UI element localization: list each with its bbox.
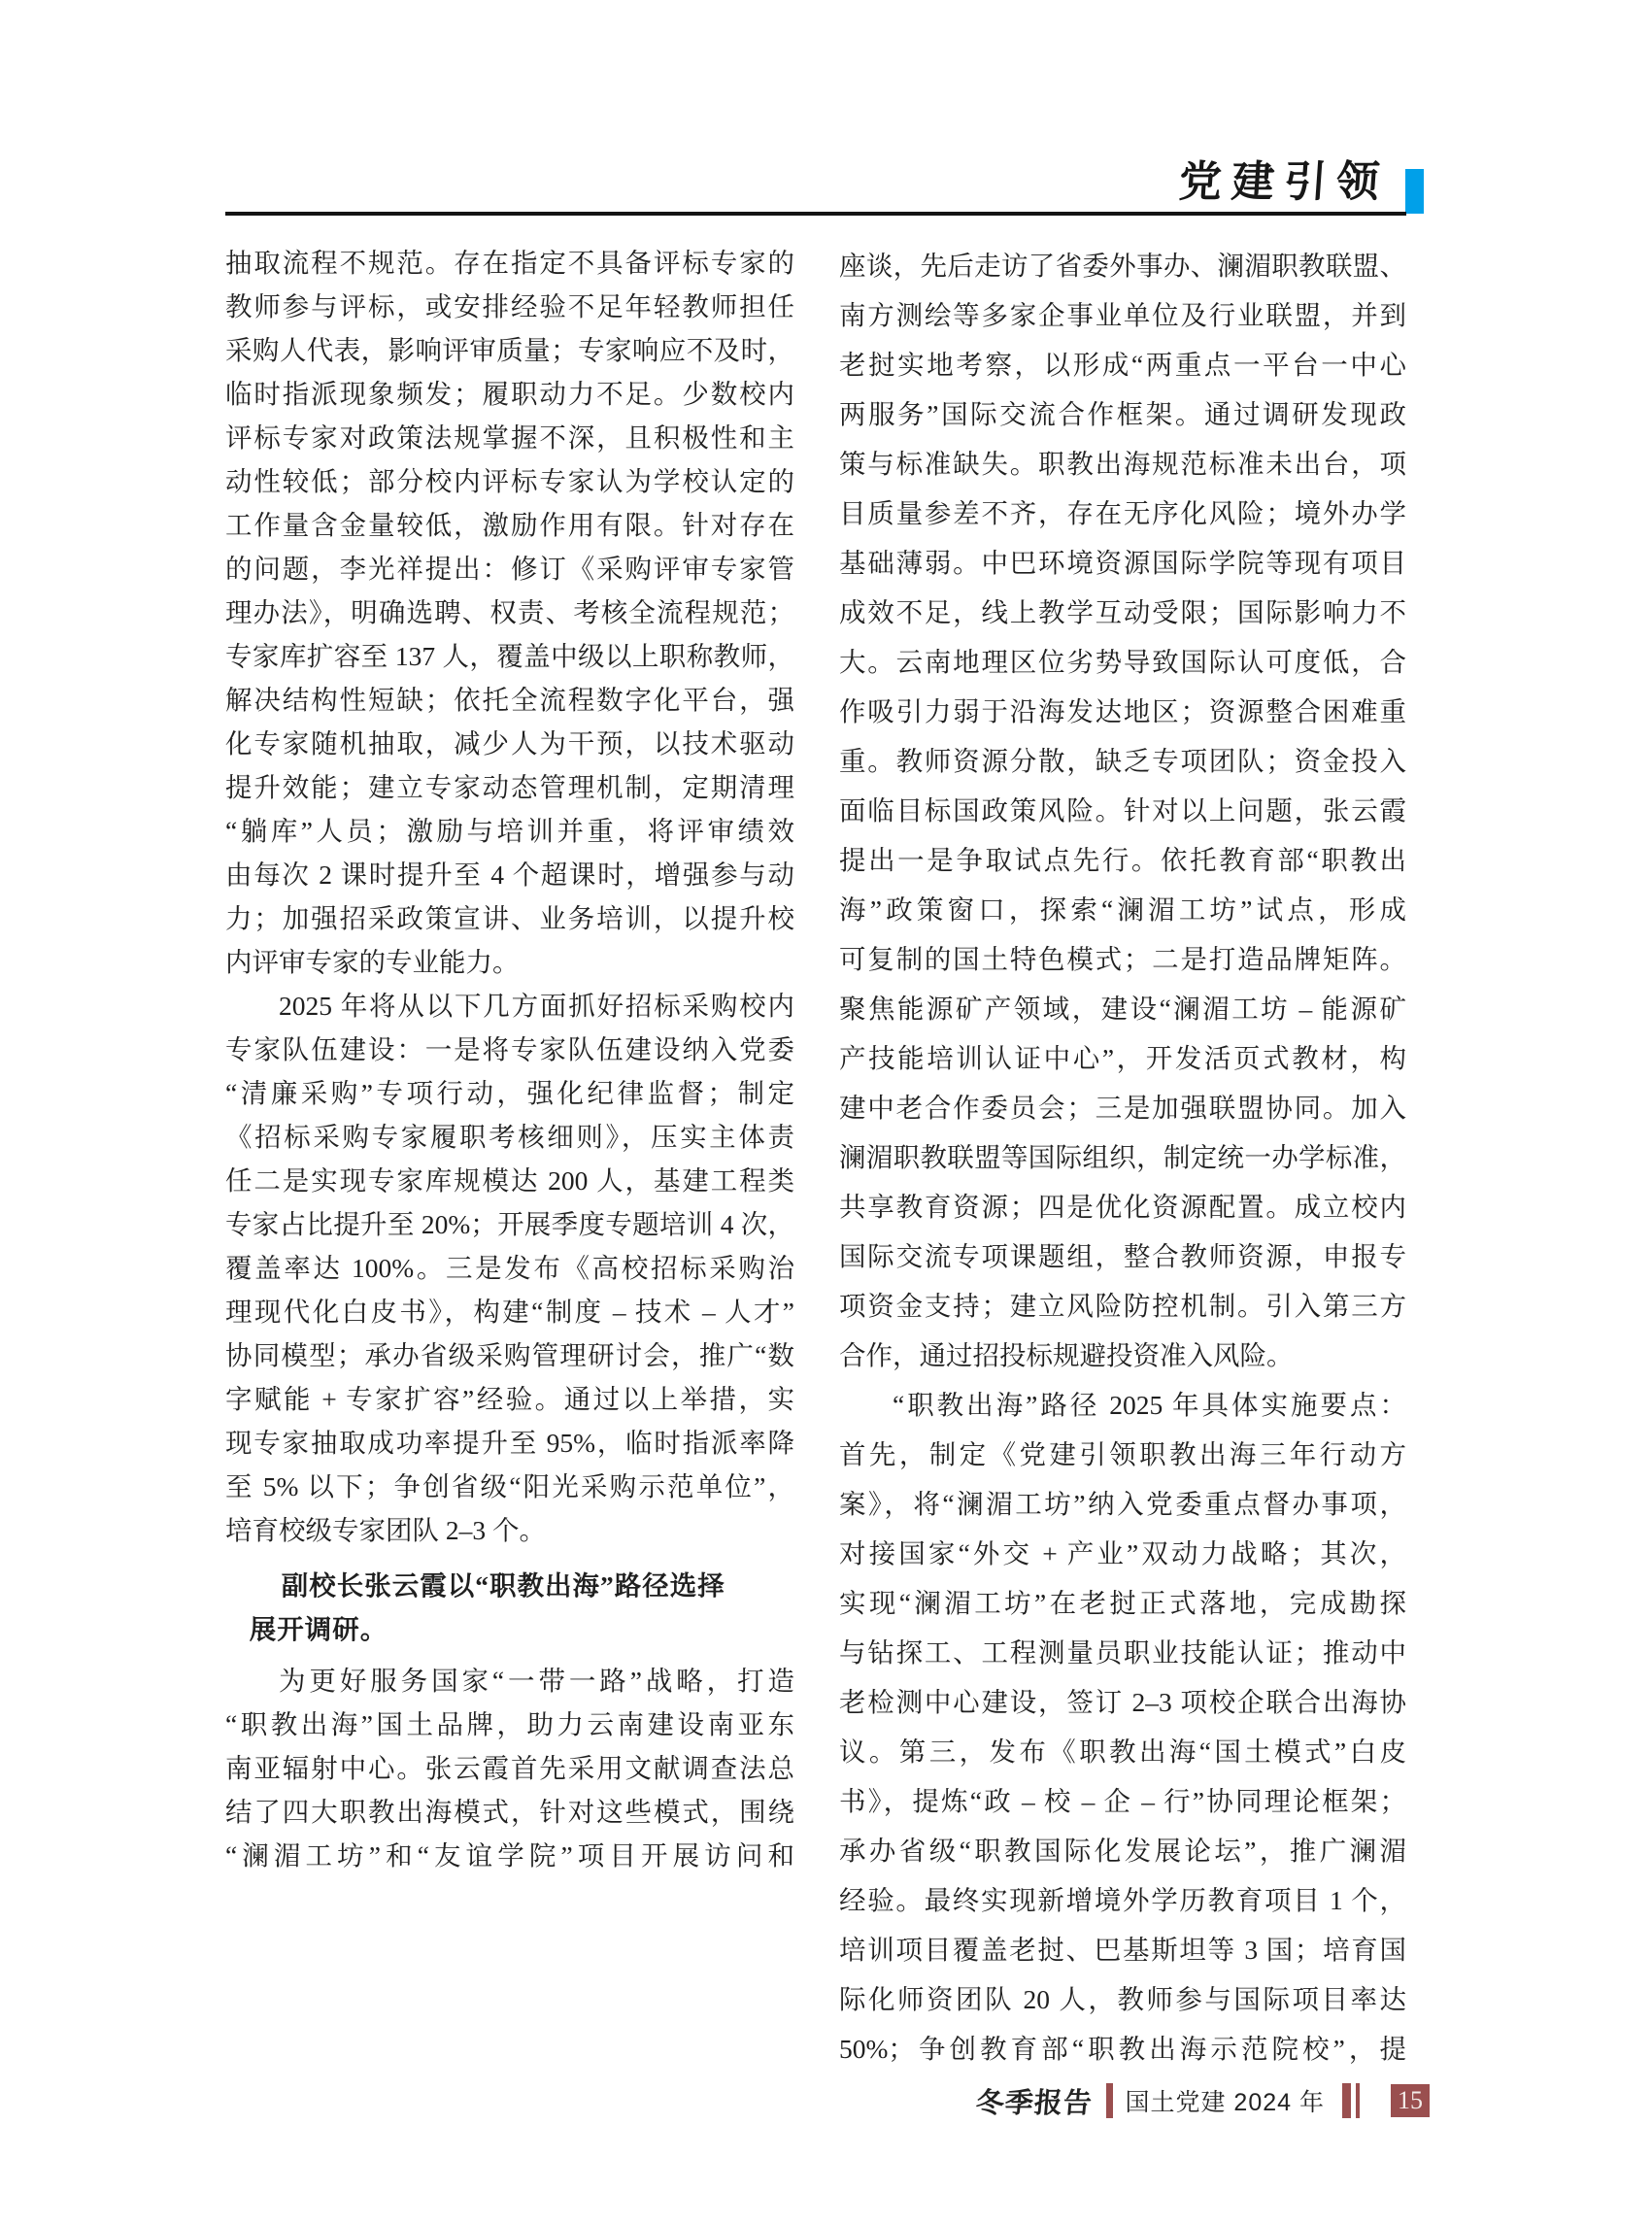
text-line: 采购人代表，影响评审质量；专家响应不及时，	[225, 328, 794, 372]
footer-double-bar-thin	[1356, 2083, 1360, 2118]
footer-double-bar-thick	[1342, 2083, 1351, 2118]
text-line: 理现代化白皮书》，构建“制度 – 技术 – 人才”	[225, 1290, 794, 1333]
header-accent-square	[1405, 169, 1424, 214]
text-line: 可复制的国土特色模式；二是打造品牌矩阵。	[839, 934, 1406, 984]
text-line: 字赋能 + 专家扩容”经验。通过以上举措，实	[225, 1377, 794, 1421]
paragraph: 为更好服务国家“一带一路”战略，打造“职教出海”国土品牌，助力云南建设南亚东南亚…	[225, 1659, 794, 1877]
document-page: 党建引领 抽取流程不规范。存在指定不具备评标专家的教师参与评标，或安排经验不足年…	[0, 0, 1652, 2225]
text-line: 教师参与评标，或安排经验不足年轻教师担任	[225, 285, 794, 328]
text-line: 专家队伍建设：一是将专家队伍建设纳入党委	[225, 1028, 794, 1071]
text-line: 成效不足，线上教学互动受限；国际影响力不	[839, 588, 1406, 637]
text-line: 现专家抽取成功率提升至 95%，临时指派率降	[225, 1421, 794, 1465]
text-line: 解决结构性短缺；依托全流程数字化平台，强	[225, 678, 794, 722]
text-line: 聚焦能源矿产领域，建设“澜湄工坊 – 能源矿	[839, 984, 1406, 1033]
text-line: “职教出海”国土品牌，助力云南建设南亚东	[225, 1702, 794, 1746]
left-column: 抽取流程不规范。存在指定不具备评标专家的教师参与评标，或安排经验不足年轻教师担任…	[225, 241, 794, 1877]
right-column: 座谈，先后走访了省委外事办、澜湄职教联盟、南方测绘等多家企事业单位及行业联盟，并…	[839, 241, 1406, 2073]
text-line: 两服务”国际交流合作框架。通过调研发现政	[839, 389, 1406, 439]
text-line: 共享教育资源；四是优化资源配置。成立校内	[839, 1182, 1406, 1231]
text-line: 培训项目覆盖老挝、巴基斯坦等 3 国；培育国	[839, 1925, 1406, 1974]
footer: 冬季报告 国土党建 2024 年 15	[976, 2082, 1430, 2119]
text-line: 项资金支持；建立风险防控机制。引入第三方	[839, 1281, 1406, 1331]
text-line: 副校长张云霞以“职教出海”路径选择	[225, 1564, 794, 1607]
text-line: 议。第三，发布《职教出海“国土模式”白皮	[839, 1727, 1406, 1776]
text-line: 南亚辐射中心。张云霞首先采用文献调查法总	[225, 1746, 794, 1790]
text-line: 评标专家对政策法规掌握不深，且积极性和主	[225, 416, 794, 459]
text-line: 2025 年将从以下几方面抓好招标采购校内	[225, 984, 794, 1028]
footer-report-label: 冬季报告	[975, 2081, 1096, 2121]
text-line: 50%；争创教育部“职教出海示范院校”，提	[839, 2024, 1406, 2073]
text-line: 工作量含金量较低，激励作用有限。针对存在	[225, 503, 794, 547]
text-line: 经验。最终实现新增境外学历教育项目 1 个，	[839, 1875, 1406, 1925]
text-line: 案》，将“澜湄工坊”纳入党委重点督办事项，	[839, 1479, 1406, 1529]
text-line: 由每次 2 课时提升至 4 个超课时，增强参与动	[225, 853, 794, 896]
text-line: 与钻探工、工程测量员职业技能认证；推动中	[839, 1628, 1406, 1677]
text-line: 合作，通过招投标规避投资准入风险。	[839, 1331, 1406, 1380]
text-line: 结了四大职教出海模式，针对这些模式，围绕	[225, 1790, 794, 1834]
text-line: 专家占比提升至 20%；开展季度专题培训 4 次，	[225, 1202, 794, 1246]
text-line: 实现“澜湄工坊”在老挝正式落地，完成勘探	[839, 1578, 1406, 1628]
footer-page-number: 15	[1398, 2088, 1423, 2113]
text-line: 为更好服务国家“一带一路”战略，打造	[225, 1659, 794, 1702]
text-line: 目质量参差不齐，存在无序化风险；境外办学	[839, 489, 1406, 538]
text-line: 澜湄职教联盟等国际组织，制定统一办学标准，	[839, 1132, 1406, 1182]
footer-page-number-box: 15	[1391, 2084, 1430, 2117]
text-line: 动性较低；部分校内评标专家认为学校认定的	[225, 459, 794, 503]
paragraph: 2025 年将从以下几方面抓好招标采购校内专家队伍建设：一是将专家队伍建设纳入党…	[225, 984, 794, 1552]
text-line: “澜湄工坊”和“友谊学院”项目开展访问和	[225, 1834, 794, 1877]
text-line: 基础薄弱。中巴环境资源国际学院等现有项目	[839, 538, 1406, 588]
text-line: 覆盖率达 100%。三是发布《高校招标采购治	[225, 1246, 794, 1290]
paragraph: 座谈，先后走访了省委外事办、澜湄职教联盟、南方测绘等多家企事业单位及行业联盟，并…	[839, 241, 1406, 1380]
header-rule	[225, 212, 1406, 216]
text-line: 专家库扩容至 137 人，覆盖中级以上职称教师，	[225, 634, 794, 678]
text-line: 《招标采购专家履职考核细则》，压实主体责	[225, 1115, 794, 1159]
text-line: 提出一是争取试点先行。依托教育部“职教出	[839, 835, 1406, 885]
text-line: 培育校级专家团队 2–3 个。	[225, 1508, 794, 1552]
text-line: 展开调研。	[225, 1607, 794, 1651]
text-line: 任二是实现专家库规模达 200 人，基建工程类	[225, 1159, 794, 1202]
text-line: “职教出海”路径 2025 年具体实施要点：	[839, 1380, 1406, 1430]
text-line: 对接国家“外交 + 产业”双动力战略；其次，	[839, 1529, 1406, 1578]
text-line: 产技能培训认证中心”，开发活页式教材，构	[839, 1033, 1406, 1083]
text-line: 承办省级“职教国际化发展论坛”，推广澜湄	[839, 1826, 1406, 1875]
section-title: 党建引领	[1177, 155, 1391, 210]
text-line: 大。云南地理区位劣势导致国际认可度低，合	[839, 637, 1406, 687]
text-line: 抽取流程不规范。存在指定不具备评标专家的	[225, 241, 794, 285]
text-line: 理办法》，明确选聘、权责、考核全流程规范；	[225, 590, 794, 634]
text-line: 面临目标国政策风险。针对以上问题，张云霞	[839, 786, 1406, 835]
text-line: 重。教师资源分散，缺乏专项团队；资金投入	[839, 736, 1406, 786]
text-line: 协同模型；承办省级采购管理研讨会，推广“数	[225, 1333, 794, 1377]
paragraph: 抽取流程不规范。存在指定不具备评标专家的教师参与评标，或安排经验不足年轻教师担任…	[225, 241, 794, 984]
text-line: “躺库”人员；激励与培训并重，将评审绩效	[225, 809, 794, 853]
text-line: 书》，提炼“政 – 校 – 企 – 行”协同理论框架；	[839, 1776, 1406, 1826]
text-line: 老挝实地考察，以形成“两重点一平台一中心	[839, 340, 1406, 389]
text-line: 首先，制定《党建引领职教出海三年行动方	[839, 1430, 1406, 1479]
text-line: 临时指派现象频发；履职动力不足。少数校内	[225, 372, 794, 416]
footer-publication: 国土党建 2024 年	[1125, 2083, 1325, 2118]
text-line: 化专家随机抽取，减少人为干预，以技术驱动	[225, 722, 794, 765]
section-heading: 副校长张云霞以“职教出海”路径选择展开调研。	[225, 1564, 794, 1651]
text-line: 海”政策窗口，探索“澜湄工坊”试点，形成	[839, 885, 1406, 934]
text-line: 南方测绘等多家企事业单位及行业联盟，并到	[839, 290, 1406, 340]
text-line: 的问题，李光祥提出：修订《采购评审专家管	[225, 547, 794, 590]
text-line: “清廉采购”专项行动，强化纪律监督；制定	[225, 1071, 794, 1115]
text-line: 国际交流专项课题组，整合教师资源，申报专	[839, 1231, 1406, 1281]
text-line: 策与标准缺失。职教出海规范标准未出台，项	[839, 439, 1406, 489]
text-line: 老检测中心建设，签订 2–3 项校企联合出海协	[839, 1677, 1406, 1727]
text-line: 至 5% 以下；争创省级“阳光采购示范单位”，	[225, 1465, 794, 1508]
text-line: 座谈，先后走访了省委外事办、澜湄职教联盟、	[839, 241, 1406, 290]
footer-separator-bar	[1106, 2083, 1113, 2118]
text-line: 提升效能；建立专家动态管理机制，定期清理	[225, 765, 794, 809]
text-line: 作吸引力弱于沿海发达地区；资源整合困难重	[839, 687, 1406, 736]
text-line: 力；加强招采政策宣讲、业务培训，以提升校	[225, 896, 794, 940]
text-line: 际化师资团队 20 人，教师参与国际项目率达	[839, 1974, 1406, 2024]
text-line: 内评审专家的专业能力。	[225, 940, 794, 984]
paragraph: “职教出海”路径 2025 年具体实施要点：首先，制定《党建引领职教出海三年行动…	[839, 1380, 1406, 2073]
text-line: 建中老合作委员会；三是加强联盟协同。加入	[839, 1083, 1406, 1132]
